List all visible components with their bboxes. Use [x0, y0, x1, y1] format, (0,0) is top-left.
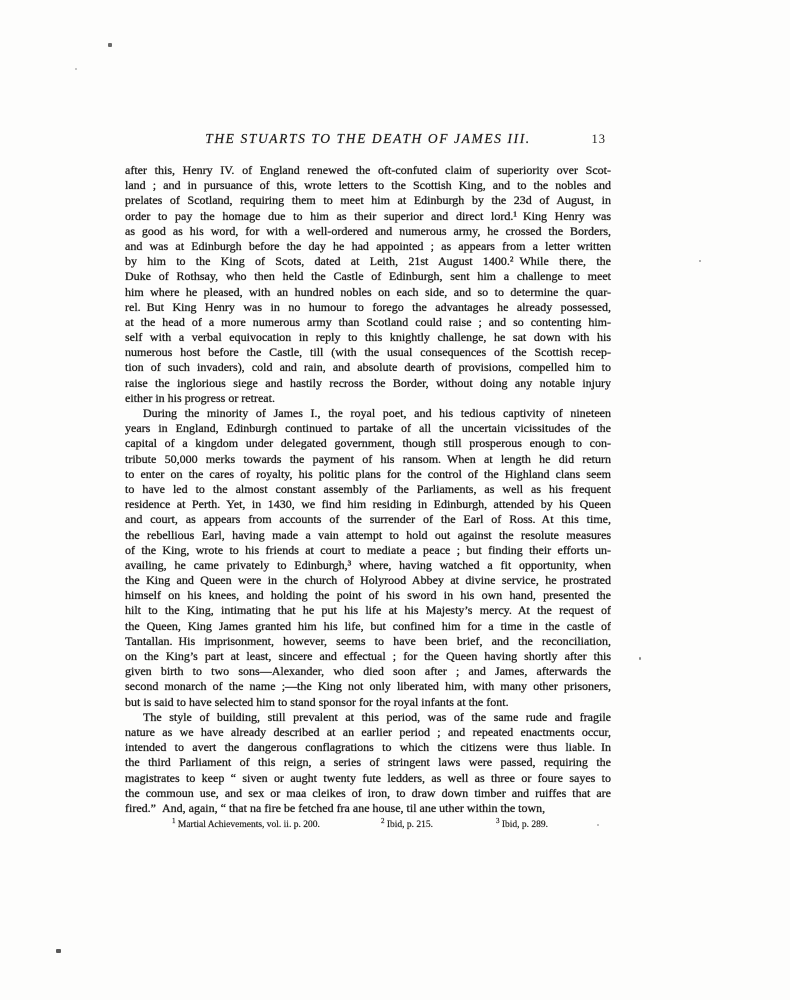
- scan-speck: [639, 657, 641, 660]
- body-text: after this, Henry IV. of England renewed…: [125, 163, 611, 816]
- text-line: tion of such invaders), cold and rain, a…: [125, 360, 611, 375]
- text-line: tribute 50,000 merks towards the payment…: [125, 452, 611, 467]
- text-line: but is said to have selected him to stan…: [125, 695, 611, 710]
- text-line: second monarch of the name ;—the King no…: [125, 679, 611, 694]
- text-line: nature as we have already described at a…: [125, 725, 611, 740]
- text-line: prelates of Scotland, requiring them to …: [125, 193, 611, 208]
- footnote-text: Martial Achievements, vol. ii. p. 200.: [178, 820, 320, 830]
- text-line: rel. But King Henry was in no humour to …: [125, 300, 611, 315]
- footnote-marker: 2: [381, 817, 385, 825]
- text-line: as good as his word, for with a well-ord…: [125, 224, 611, 239]
- text-line: Tantallan. His imprisonment, however, se…: [125, 634, 611, 649]
- text-line: magistrates to keep “ siven or aught twe…: [125, 771, 611, 786]
- text-line: at the head of a more numerous army than…: [125, 315, 611, 330]
- text-line: given birth to two sons—Alexander, who d…: [125, 664, 611, 679]
- paragraph: During the minority of James I., the roy…: [125, 406, 611, 710]
- text-line: capital of a kingdom under delegated gov…: [125, 436, 611, 451]
- footnote-3: 3 Ibid, p. 289.: [496, 817, 548, 830]
- text-line: the rebellious Earl, having made a vain …: [125, 528, 611, 543]
- text-line: of the King, wrote to his friends at cou…: [125, 543, 611, 558]
- text-line: to have led to the almost constant assem…: [125, 482, 611, 497]
- text-line: availing, he came privately to Edinburgh…: [125, 558, 611, 573]
- book-page-scan: THE STUARTS TO THE DEATH OF JAMES III. 1…: [0, 0, 790, 1000]
- text-line: numerous host before the Castle, till (w…: [125, 345, 611, 360]
- footnote-text: Ibid, p. 215.: [387, 820, 433, 830]
- page-title: THE STUARTS TO THE DEATH OF JAMES III.: [125, 131, 611, 147]
- footnotes-row: 1 Martial Achievements, vol. ii. p. 200.…: [125, 817, 611, 832]
- text-line: hilt to the King, intimating that he put…: [125, 603, 611, 618]
- footnote-1: 1 Martial Achievements, vol. ii. p. 200.: [172, 817, 320, 830]
- text-line: the Queen, King James granted him his li…: [125, 619, 611, 634]
- footnote-2: 2 Ibid, p. 215.: [381, 817, 433, 830]
- footnote-text: Ibid, p. 289.: [502, 820, 548, 830]
- scan-speck: [56, 949, 61, 953]
- text-line: Duke of Rothsay, who then held the Castl…: [125, 269, 611, 284]
- page-number: 13: [592, 132, 607, 147]
- text-line: The style of building, still prevalent a…: [125, 710, 611, 725]
- text-line: by him to the King of Scots, dated at Le…: [125, 254, 611, 269]
- text-line: him where he pleased, with an hundred no…: [125, 285, 611, 300]
- text-line: either in his progress or retreat.: [125, 391, 611, 406]
- scan-speck: [75, 68, 77, 70]
- text-line: himself on his knees, and holding the po…: [125, 588, 611, 603]
- footnote-marker: 3: [496, 817, 500, 825]
- text-line: to enter on the cares of royalty, his po…: [125, 467, 611, 482]
- text-line: land ; and in pursuance of this, wrote l…: [125, 178, 611, 193]
- text-line: the King and Queen were in the church of…: [125, 573, 611, 588]
- text-line: the commoun use, and sex or maa cleikes …: [125, 786, 611, 801]
- text-line: the third Parliament of this reign, a se…: [125, 755, 611, 770]
- text-line: During the minority of James I., the roy…: [125, 406, 611, 421]
- footnote-marker: 1: [172, 817, 176, 825]
- text-line: intended to avert the dangerous conflagr…: [125, 740, 611, 755]
- text-line: self with a verbal equivocation in reply…: [125, 330, 611, 345]
- scan-speck: [699, 260, 701, 262]
- paragraph: after this, Henry IV. of England renewed…: [125, 163, 611, 406]
- text-line: fired.” And, again, “ that na fire be fe…: [125, 801, 611, 816]
- paragraph: The style of building, still prevalent a…: [125, 710, 611, 816]
- text-line: on the King’s part at least, sincere and…: [125, 649, 611, 664]
- text-line: raise the inglorious siege and hastily r…: [125, 376, 611, 391]
- text-line: and was at Edinburgh before the day he h…: [125, 239, 611, 254]
- text-line: residence at Perth. Yet, in 1430, we fin…: [125, 497, 611, 512]
- running-header: THE STUARTS TO THE DEATH OF JAMES III. 1…: [125, 131, 611, 147]
- text-line: years in England, Edinburgh continued to…: [125, 421, 611, 436]
- text-block: THE STUARTS TO THE DEATH OF JAMES III. 1…: [125, 131, 611, 816]
- scan-speck: [108, 43, 112, 47]
- text-line: order to pay the homage due to him as th…: [125, 209, 611, 224]
- text-line: and court, as appears from accounts of t…: [125, 512, 611, 527]
- text-line: after this, Henry IV. of England renewed…: [125, 163, 611, 178]
